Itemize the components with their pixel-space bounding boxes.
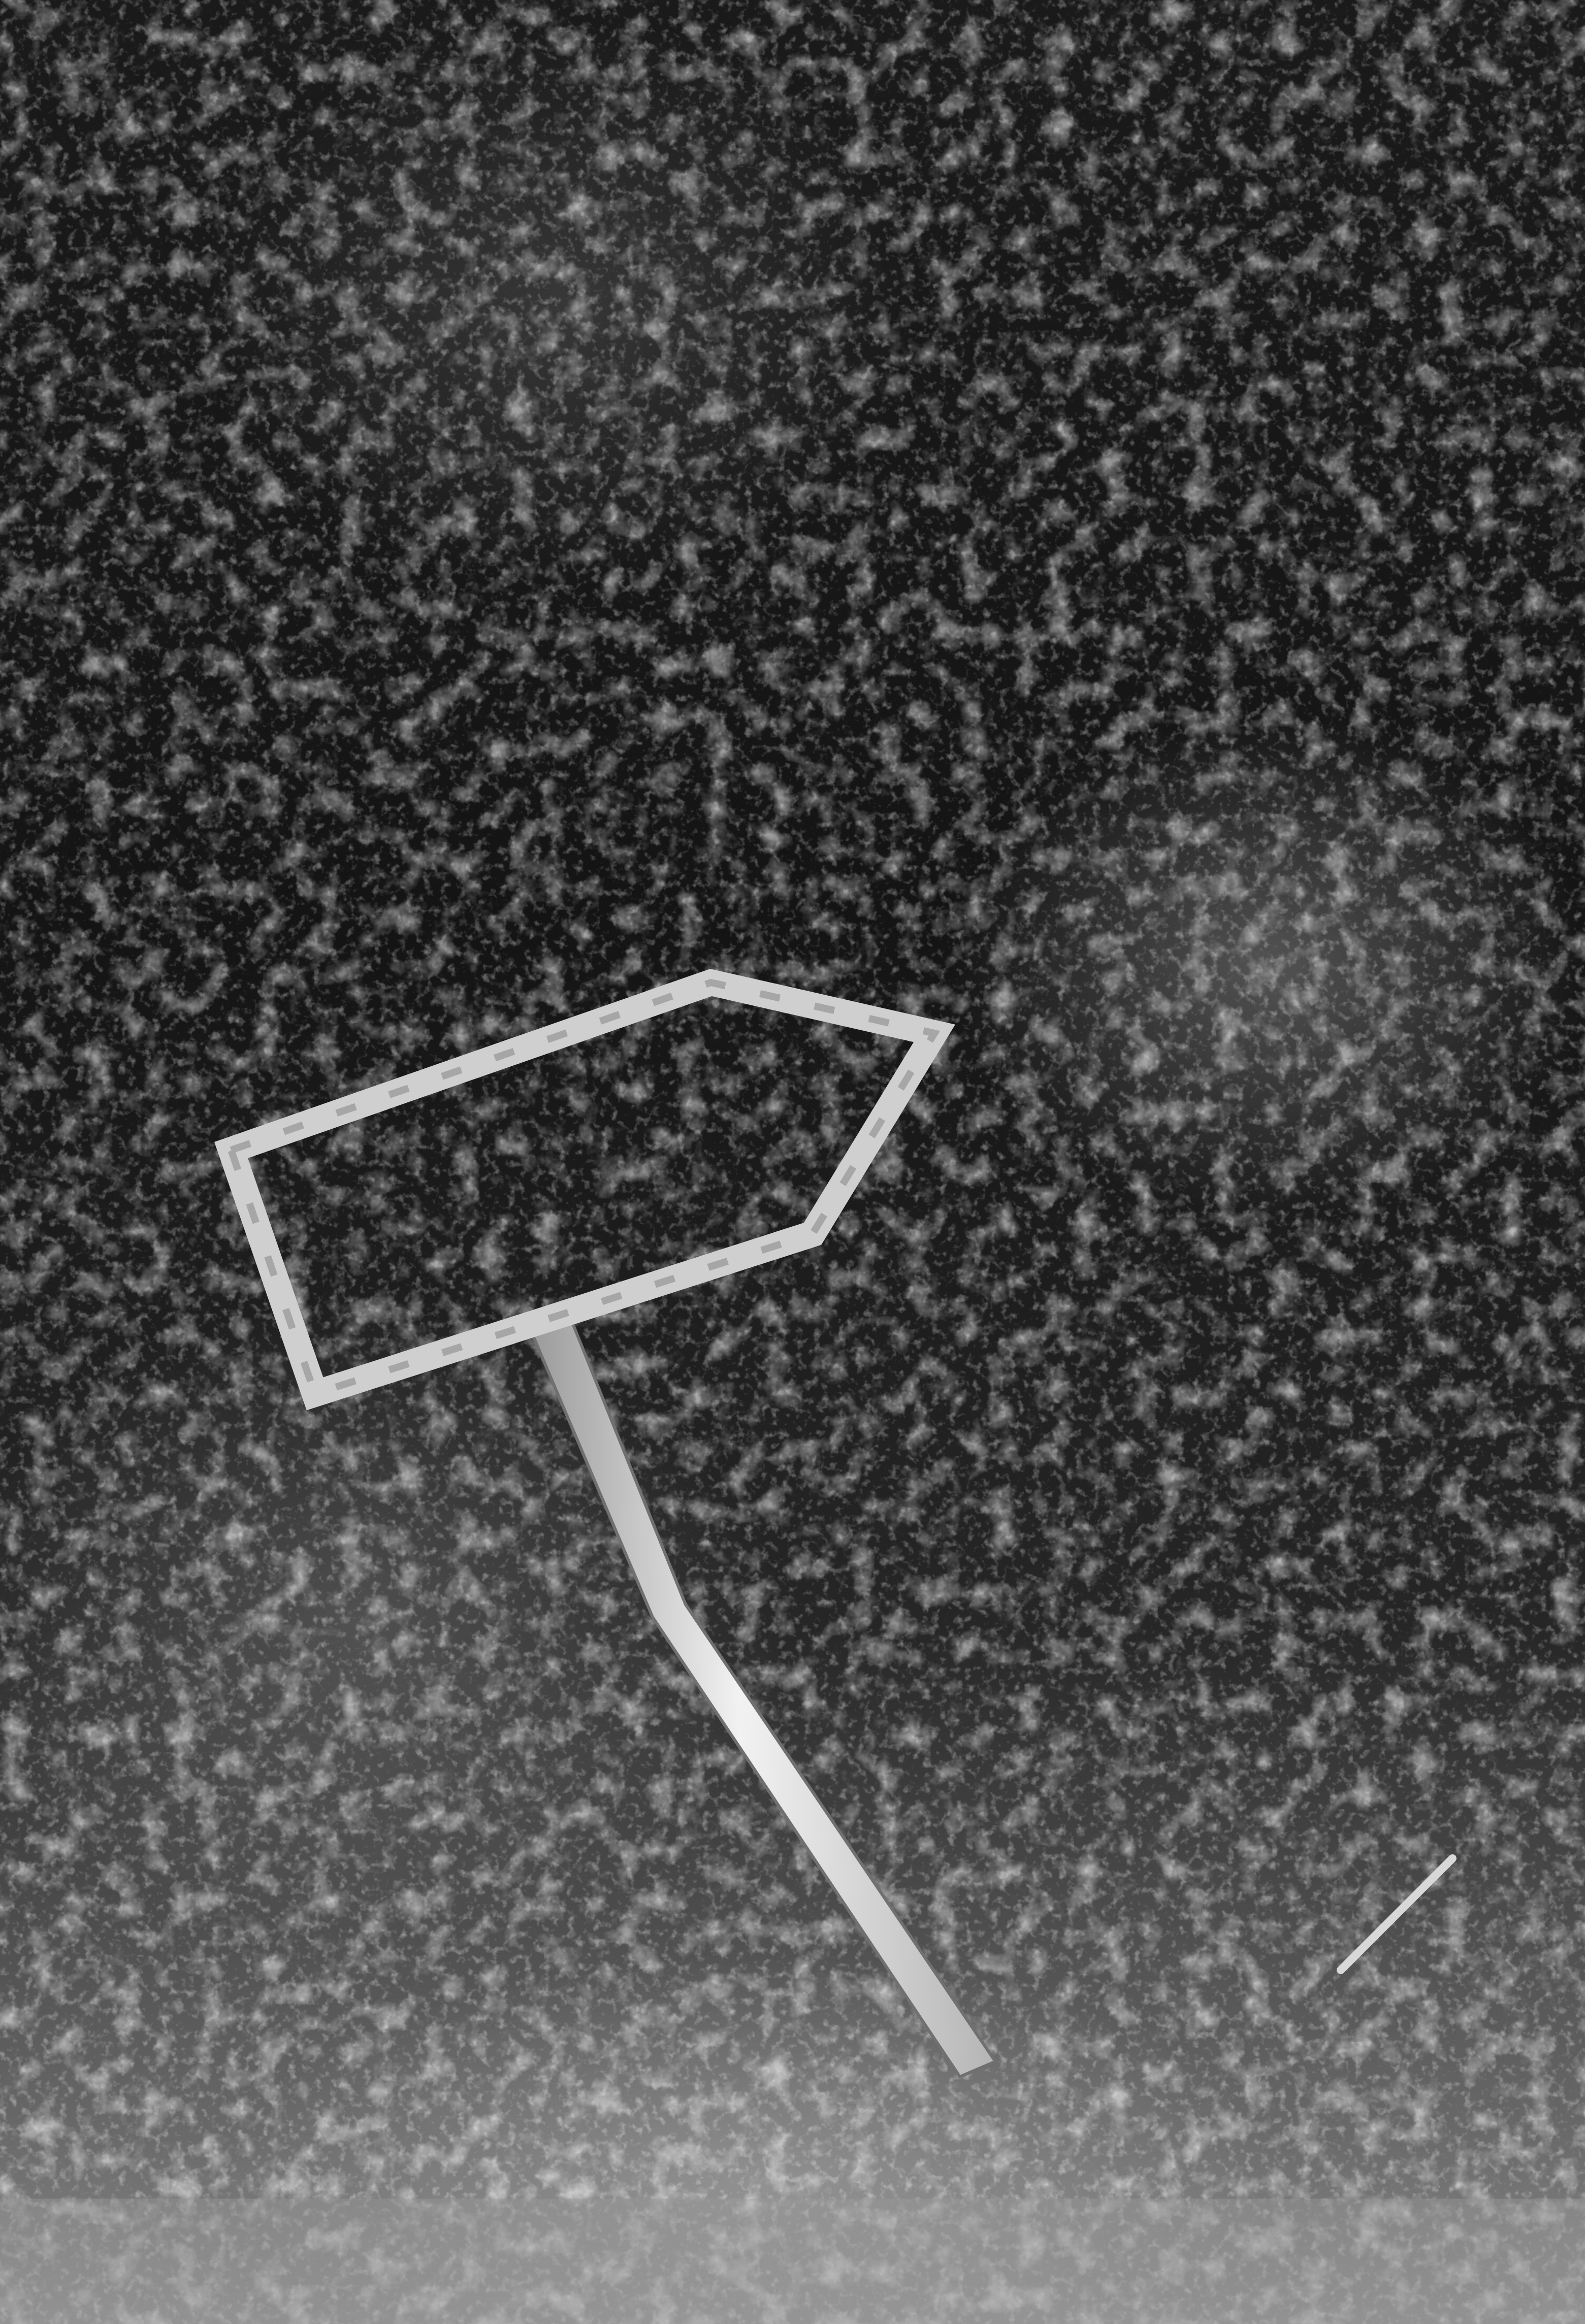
photograph: An empty, bent metal sign frame on a lea… [0,0,1585,2324]
foliage-scene [0,0,1585,2324]
ground-path [0,2199,1585,2324]
